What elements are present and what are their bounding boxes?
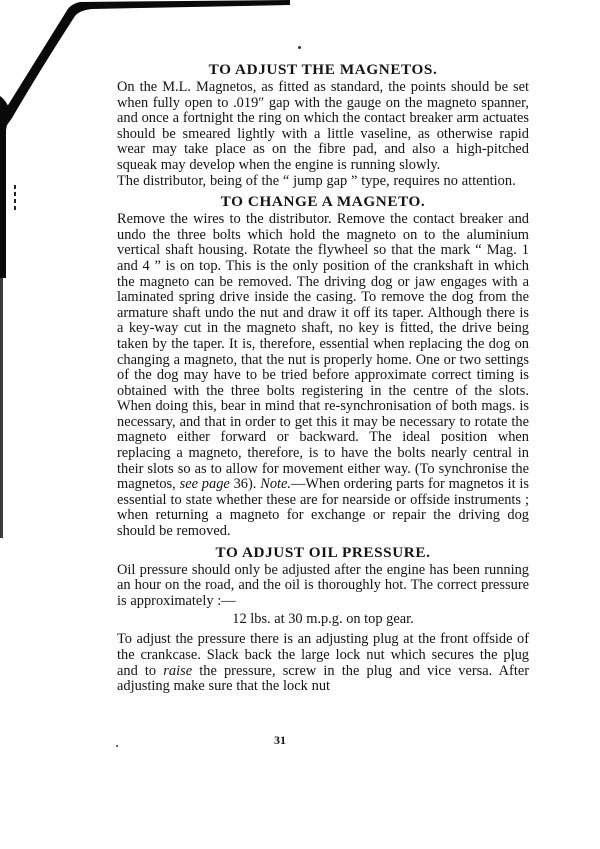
page-reference: see page — [180, 476, 230, 492]
document-page: TO ADJUST THE MAGNETOS. On the M.L. Magn… — [117, 60, 529, 695]
section-adjust-magnetos: TO ADJUST THE MAGNETOS. On the M.L. Magn… — [117, 60, 529, 189]
paragraph: Oil pressure should only be adjusted aft… — [117, 563, 529, 610]
paragraph: Remove the wires to the distributor. Rem… — [117, 212, 529, 539]
paragraph: On the M.L. Magnetos, as fitted as stand… — [117, 80, 529, 174]
margin-scan-mark — [14, 185, 16, 213]
section-adjust-oil-pressure: TO ADJUST OIL PRESSURE. Oil pressure sho… — [117, 543, 529, 695]
scan-speck — [298, 46, 301, 49]
page-number: 31 — [260, 733, 300, 748]
paragraph: To adjust the pressure there is an adjus… — [117, 632, 529, 694]
pressure-spec: 12 lbs. at 30 m.p.g. on top gear. — [117, 611, 529, 628]
paragraph-body: Remove the wires to the distributor. Rem… — [117, 211, 529, 477]
paragraph: The distributor, being of the “ jump gap… — [117, 174, 529, 190]
section-heading: TO ADJUST THE MAGNETOS. — [117, 60, 529, 80]
emphasis: raise — [163, 663, 192, 679]
section-change-magneto: TO CHANGE A MAGNETO. Remove the wires to… — [117, 192, 529, 539]
section-heading: TO CHANGE A MAGNETO. — [117, 192, 529, 212]
section-heading: TO ADJUST OIL PRESSURE. — [117, 543, 529, 563]
text-run: 36). — [230, 476, 260, 492]
note-label: Note. — [260, 476, 291, 492]
scan-speck — [116, 745, 118, 747]
